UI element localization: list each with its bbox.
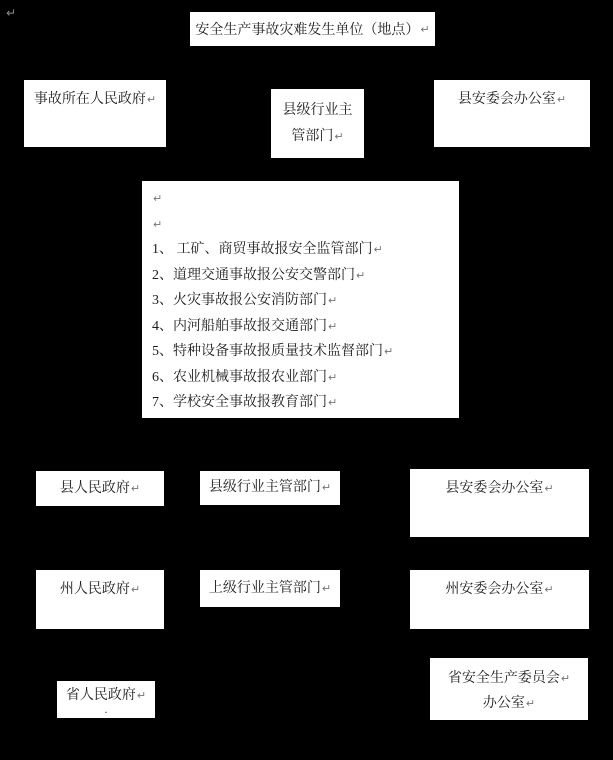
node-prefecture-government: 州人民政府↵ <box>36 570 164 629</box>
node-county-safety-committee-office: 县安委会办公室↵ <box>434 80 590 147</box>
rule-item-1-text: 1、 工矿、商贸事故报安全监管部门 <box>152 242 373 257</box>
rule-item-3-text: 3、火灾事故报公安消防部门 <box>152 293 327 308</box>
node-county-industry-dept-line2: 管部门↵ <box>271 124 364 150</box>
paragraph-return-mark-icon: ↵ <box>152 218 162 231</box>
paragraph-return-mark-icon: ↵ <box>525 697 535 710</box>
node-higher-industry-dept-label: 上级行业主管部门 <box>209 581 321 596</box>
rule-item-5: 5、特种设备事故报质量技术监督部门↵ <box>152 339 455 365</box>
node-county-government-label: 县人民政府 <box>60 481 130 496</box>
node-province-safety-committee-office-line1: 省安全生产委员会↵ <box>430 666 588 691</box>
node-province-safety-committee-office-line1-text: 省安全生产委员会 <box>448 671 560 686</box>
paragraph-return-mark-icon: ↵ <box>327 320 337 333</box>
rule-item-2-text: 2、道理交通事故报公安交警部门 <box>152 268 355 283</box>
node-county-safety-office: 县安委会办公室↵ <box>410 469 589 537</box>
flowchart-canvas: ↵ 安全生产事故灾难发生单位（地点）↵ 事故所在人民政府↵ 县级行业主 管部门↵… <box>0 0 613 760</box>
node-county-level-industry-dept-label: 县级行业主管部门 <box>209 480 321 495</box>
node-accident-unit: 安全生产事故灾难发生单位（地点）↵ <box>190 12 435 46</box>
paragraph-return-mark-icon: ↵ <box>136 689 146 702</box>
empty-line: ↵ <box>152 212 455 238</box>
paragraph-return-mark-icon: ↵ <box>383 345 393 358</box>
node-county-safety-committee-office-label: 县安委会办公室 <box>458 92 556 107</box>
node-county-safety-office-label: 县安委会办公室 <box>445 481 543 496</box>
paragraph-return-mark-icon: ↵ <box>6 6 16 20</box>
node-county-industry-dept-line2-text: 管部门 <box>291 129 333 144</box>
paragraph-return-mark-icon: ↵ <box>543 583 553 596</box>
rule-item-7: 7、学校安全事故报教育部门↵ <box>152 390 455 416</box>
node-prefecture-government-label: 州人民政府 <box>60 582 130 597</box>
node-local-government-label: 事故所在人民政府 <box>34 92 146 107</box>
paragraph-return-mark-icon: ↵ <box>560 672 570 685</box>
paragraph-return-mark-icon: ↵ <box>556 93 566 106</box>
rule-item-3: 3、火灾事故报公安消防部门↵ <box>152 288 455 314</box>
rule-item-7-text: 7、学校安全事故报教育部门 <box>152 395 327 410</box>
paragraph-return-mark-icon: ↵ <box>327 371 337 384</box>
rule-item-6-text: 6、农业机械事故报农业部门 <box>152 370 327 385</box>
paragraph-return-mark-icon: ↵ <box>373 243 383 256</box>
rule-item-4-text: 4、内河船舶事故报交通部门 <box>152 319 327 334</box>
paragraph-return-mark-icon: ↵ <box>419 23 429 36</box>
paragraph-return-mark-icon: ↵ <box>333 130 343 143</box>
node-province-safety-committee-office: 省安全生产委员会↵ 办公室↵ <box>430 658 588 720</box>
node-accident-unit-label: 安全生产事故灾难发生单位（地点） <box>195 19 419 39</box>
paragraph-return-mark-icon: ↵ <box>130 583 140 596</box>
rule-item-1: 1、 工矿、商贸事故报安全监管部门↵ <box>152 237 455 263</box>
node-county-government: 县人民政府↵ <box>36 471 164 506</box>
node-report-rules: ↵ ↵ 1、 工矿、商贸事故报安全监管部门↵ 2、道理交通事故报公安交警部门↵ … <box>142 181 459 418</box>
paragraph-return-mark-icon: ↵ <box>321 582 331 595</box>
paragraph-return-mark-icon: ↵ <box>130 482 140 495</box>
node-province-government: 省人民政府↵ . <box>57 681 155 718</box>
node-county-level-industry-dept: 县级行业主管部门↵ <box>200 471 340 505</box>
rule-item-4: 4、内河船舶事故报交通部门↵ <box>152 314 455 340</box>
paragraph-return-mark-icon: ↵ <box>355 269 365 282</box>
paragraph-return-mark-icon: ↵ <box>146 93 156 106</box>
dot-mark: . <box>57 704 155 714</box>
node-prefecture-safety-office: 州安委会办公室↵ <box>410 570 589 629</box>
node-local-government: 事故所在人民政府↵ <box>24 80 166 147</box>
node-province-safety-committee-office-line2: 办公室↵ <box>430 691 588 716</box>
node-higher-industry-dept: 上级行业主管部门↵ <box>200 570 340 607</box>
paragraph-return-mark-icon: ↵ <box>321 481 331 494</box>
paragraph-return-mark-icon: ↵ <box>543 482 553 495</box>
empty-line: ↵ <box>152 186 455 212</box>
node-province-government-label: 省人民政府 <box>66 688 136 703</box>
paragraph-return-mark-icon: ↵ <box>327 396 337 409</box>
rule-item-5-text: 5、特种设备事故报质量技术监督部门 <box>152 344 383 359</box>
node-county-industry-dept-line1: 县级行业主 <box>271 98 364 124</box>
rule-item-6: 6、农业机械事故报农业部门↵ <box>152 365 455 391</box>
paragraph-return-mark-icon: ↵ <box>327 294 337 307</box>
node-prefecture-safety-office-label: 州安委会办公室 <box>445 582 543 597</box>
rule-item-2: 2、道理交通事故报公安交警部门↵ <box>152 263 455 289</box>
node-county-industry-dept: 县级行业主 管部门↵ <box>271 89 364 158</box>
paragraph-return-mark-icon: ↵ <box>152 192 162 205</box>
node-province-safety-committee-office-line2-text: 办公室 <box>483 696 525 711</box>
